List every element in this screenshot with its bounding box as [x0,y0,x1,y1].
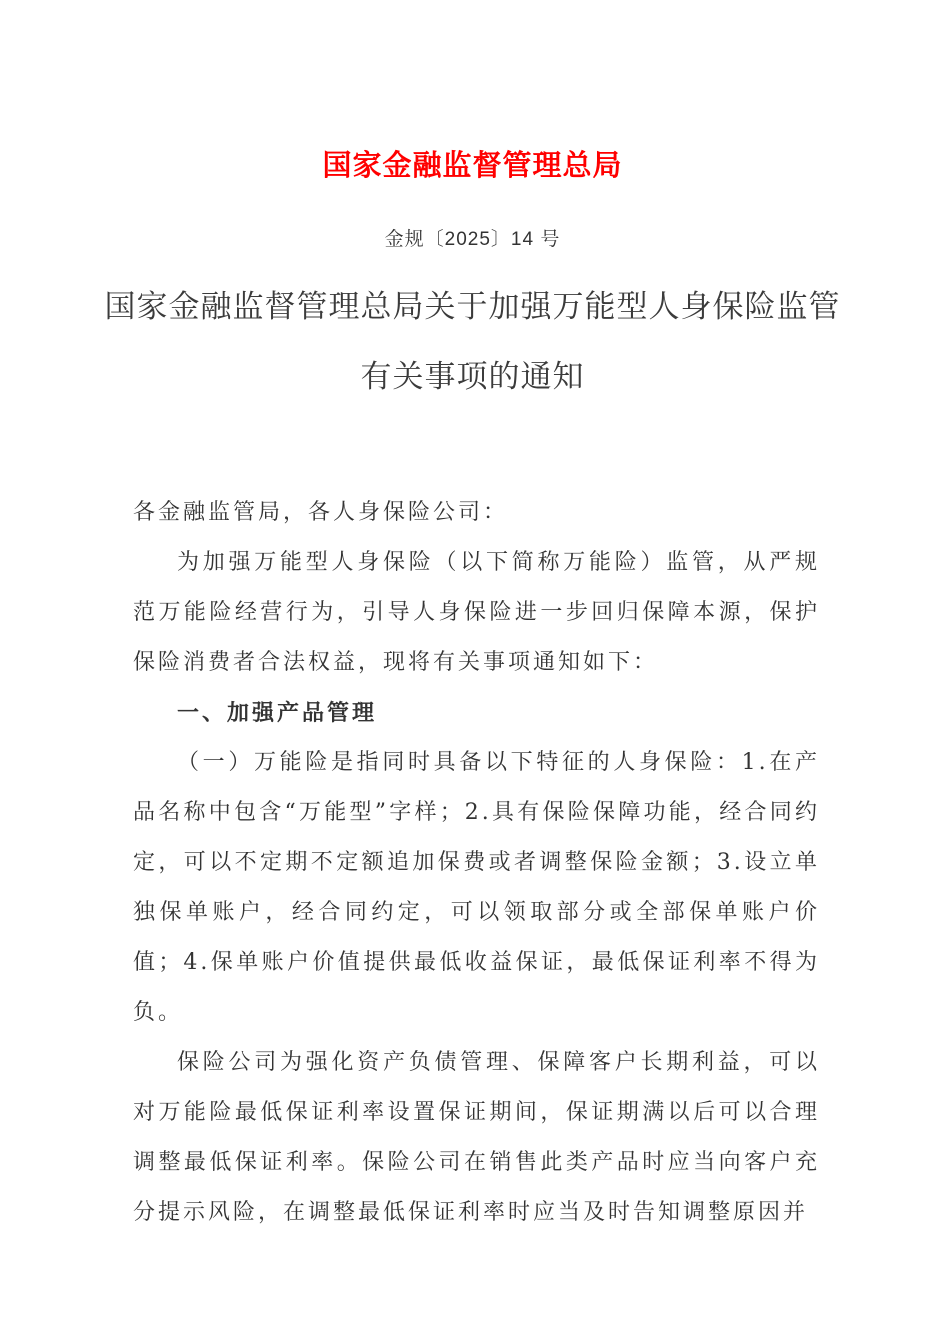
document-title-line-1: 国家金融监督管理总局关于加强万能型人身保险监管 [0,272,945,342]
section-1-paragraph-1: （一）万能险是指同时具备以下特征的人身保险：1.在产品名称中包含“万能型”字样；… [133,738,820,1038]
salutation-line: 各金融监管局，各人身保险公司： [133,488,820,538]
document-page: 国家金融监督管理总局 金规〔2025〕14 号 国家金融监督管理总局关于加强万能… [0,0,945,1338]
document-number: 金规〔2025〕14 号 [0,228,945,252]
document-body: 各金融监管局，各人身保险公司： 为加强万能型人身保险（以下简称万能险）监管，从严… [133,488,820,1238]
section-1-heading: 一、加强产品管理 [133,688,820,738]
section-1-paragraph-2: 保险公司为强化资产负债管理、保障客户长期利益，可以对万能险最低保证利率设置保证期… [133,1038,820,1238]
document-title-line-2: 有关事项的通知 [0,342,945,412]
document-title: 国家金融监督管理总局关于加强万能型人身保险监管 有关事项的通知 [0,272,945,412]
intro-paragraph: 为加强万能型人身保险（以下简称万能险）监管，从严规范万能险经营行为，引导人身保险… [133,538,820,688]
agency-name-header: 国家金融监督管理总局 [0,148,945,184]
